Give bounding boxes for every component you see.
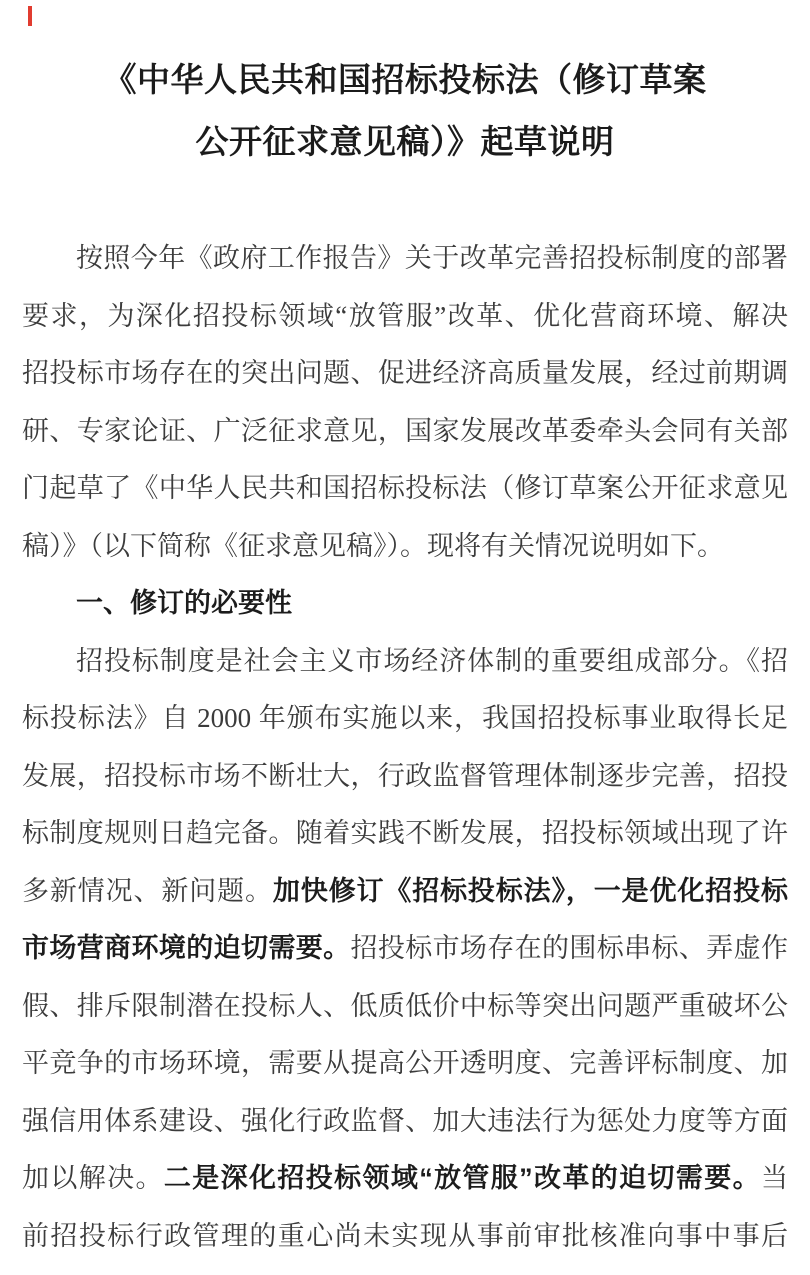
text-line: 按照今年《政府工作报告》关于改革完善招投标制度的部署 <box>22 230 788 288</box>
text-line: 研、专家论证、广泛征求意见，国家发展改革委牵头会同有关部 <box>22 403 788 461</box>
text-line: 多新情况、新问题。加快修订《招标投标法》，一是优化招投标 <box>22 863 788 921</box>
text-segment: 按照今年《政府工作报告》关于改革完善招投标制度的部署 <box>76 243 788 273</box>
text-line: 要求，为深化招投标领域“放管服”改革、优化营商环境、解决 <box>22 288 788 346</box>
text-segment: 当 <box>761 1163 788 1193</box>
text-line: 招投标制度是社会主义市场经济体制的重要组成部分。《招 <box>22 633 788 691</box>
bold-text-segment: 市场营商环境的迫切需要。 <box>22 933 350 963</box>
text-segment: 多新情况、新问题。 <box>22 876 273 906</box>
document-title: 《中华人民共和国招标投标法（修订草案 公开征求意见稿）》起草说明 <box>22 50 788 174</box>
text-segment: 前招投标行政管理的重心尚未实现从事前审批核准向事中事后 <box>22 1221 788 1251</box>
text-segment: 加以解决。 <box>22 1163 164 1193</box>
text-line: 发展，招投标市场不断壮大，行政监督管理体制逐步完善，招投 <box>22 748 788 806</box>
document-body: 《中华人民共和国招标投标法（修订草案 公开征求意见稿）》起草说明 按照今年《政府… <box>22 50 788 1265</box>
text-line: 稿）》（以下简称《征求意见稿》）。现将有关情况说明如下。 <box>22 518 788 576</box>
title-line-2: 公开征求意见稿）》起草说明 <box>22 112 788 174</box>
text-segment: 要求，为深化招投标领域“放管服”改革、优化营商环境、解决 <box>22 301 788 331</box>
title-line-1: 《中华人民共和国招标投标法（修订草案 <box>22 50 788 112</box>
text-segment: 强信用体系建设、强化行政监督、加大违法行为惩处力度等方面 <box>22 1106 788 1136</box>
text-line: 标制度规则日趋完备。随着实践不断发展，招投标领域出现了许 <box>22 805 788 863</box>
text-segment: 招投标市场存在的突出问题、促进经济高质量发展，经过前期调 <box>22 358 788 388</box>
bold-text-segment: 一、修订的必要性 <box>76 588 292 618</box>
document-text: 按照今年《政府工作报告》关于改革完善招投标制度的部署要求，为深化招投标领域“放管… <box>22 230 788 1265</box>
bold-text-segment: 二是深化招投标领域“放管服”改革的迫切需要。 <box>164 1163 761 1193</box>
text-line: 前招投标行政管理的重心尚未实现从事前审批核准向事中事后 <box>22 1208 788 1266</box>
text-line: 强信用体系建设、强化行政监督、加大违法行为惩处力度等方面 <box>22 1093 788 1151</box>
text-line: 加以解决。二是深化招投标领域“放管服”改革的迫切需要。当 <box>22 1150 788 1208</box>
text-line: 门起草了《中华人民共和国招标投标法（修订草案公开征求意见 <box>22 460 788 518</box>
text-segment: 发展，招投标市场不断壮大，行政监督管理体制逐步完善，招投 <box>22 761 788 791</box>
text-segment: 稿）》（以下简称《征求意见稿》）。现将有关情况说明如下。 <box>22 531 724 561</box>
text-line: 标投标法》自 2000 年颁布实施以来，我国招投标事业取得长足 <box>22 690 788 748</box>
red-marker <box>28 6 32 26</box>
document-page: 《中华人民共和国招标投标法（修订草案 公开征求意见稿）》起草说明 按照今年《政府… <box>0 0 810 1275</box>
text-segment: 标制度规则日趋完备。随着实践不断发展，招投标领域出现了许 <box>22 818 788 848</box>
text-segment: 平竞争的市场环境，需要从提高公开透明度、完善评标制度、加 <box>22 1048 788 1078</box>
text-line: 假、排斥限制潜在投标人、低质低价中标等突出问题严重破坏公 <box>22 978 788 1036</box>
text-segment: 假、排斥限制潜在投标人、低质低价中标等突出问题严重破坏公 <box>22 991 788 1021</box>
text-segment: 招投标制度是社会主义市场经济体制的重要组成部分。《招 <box>76 646 788 676</box>
text-line: 招投标市场存在的突出问题、促进经济高质量发展，经过前期调 <box>22 345 788 403</box>
text-segment: 门起草了《中华人民共和国招标投标法（修订草案公开征求意见 <box>22 473 788 503</box>
text-line: 平竞争的市场环境，需要从提高公开透明度、完善评标制度、加 <box>22 1035 788 1093</box>
text-segment: 研、专家论证、广泛征求意见，国家发展改革委牵头会同有关部 <box>22 416 788 446</box>
text-line: 市场营商环境的迫切需要。招投标市场存在的围标串标、弄虚作 <box>22 920 788 978</box>
section-heading: 一、修订的必要性 <box>22 575 788 633</box>
text-segment: 标投标法》自 2000 年颁布实施以来，我国招投标事业取得长足 <box>22 703 788 733</box>
bold-text-segment: 加快修订《招标投标法》，一是优化招投标 <box>273 876 788 906</box>
text-segment: 招投标市场存在的围标串标、弄虚作 <box>350 933 788 963</box>
